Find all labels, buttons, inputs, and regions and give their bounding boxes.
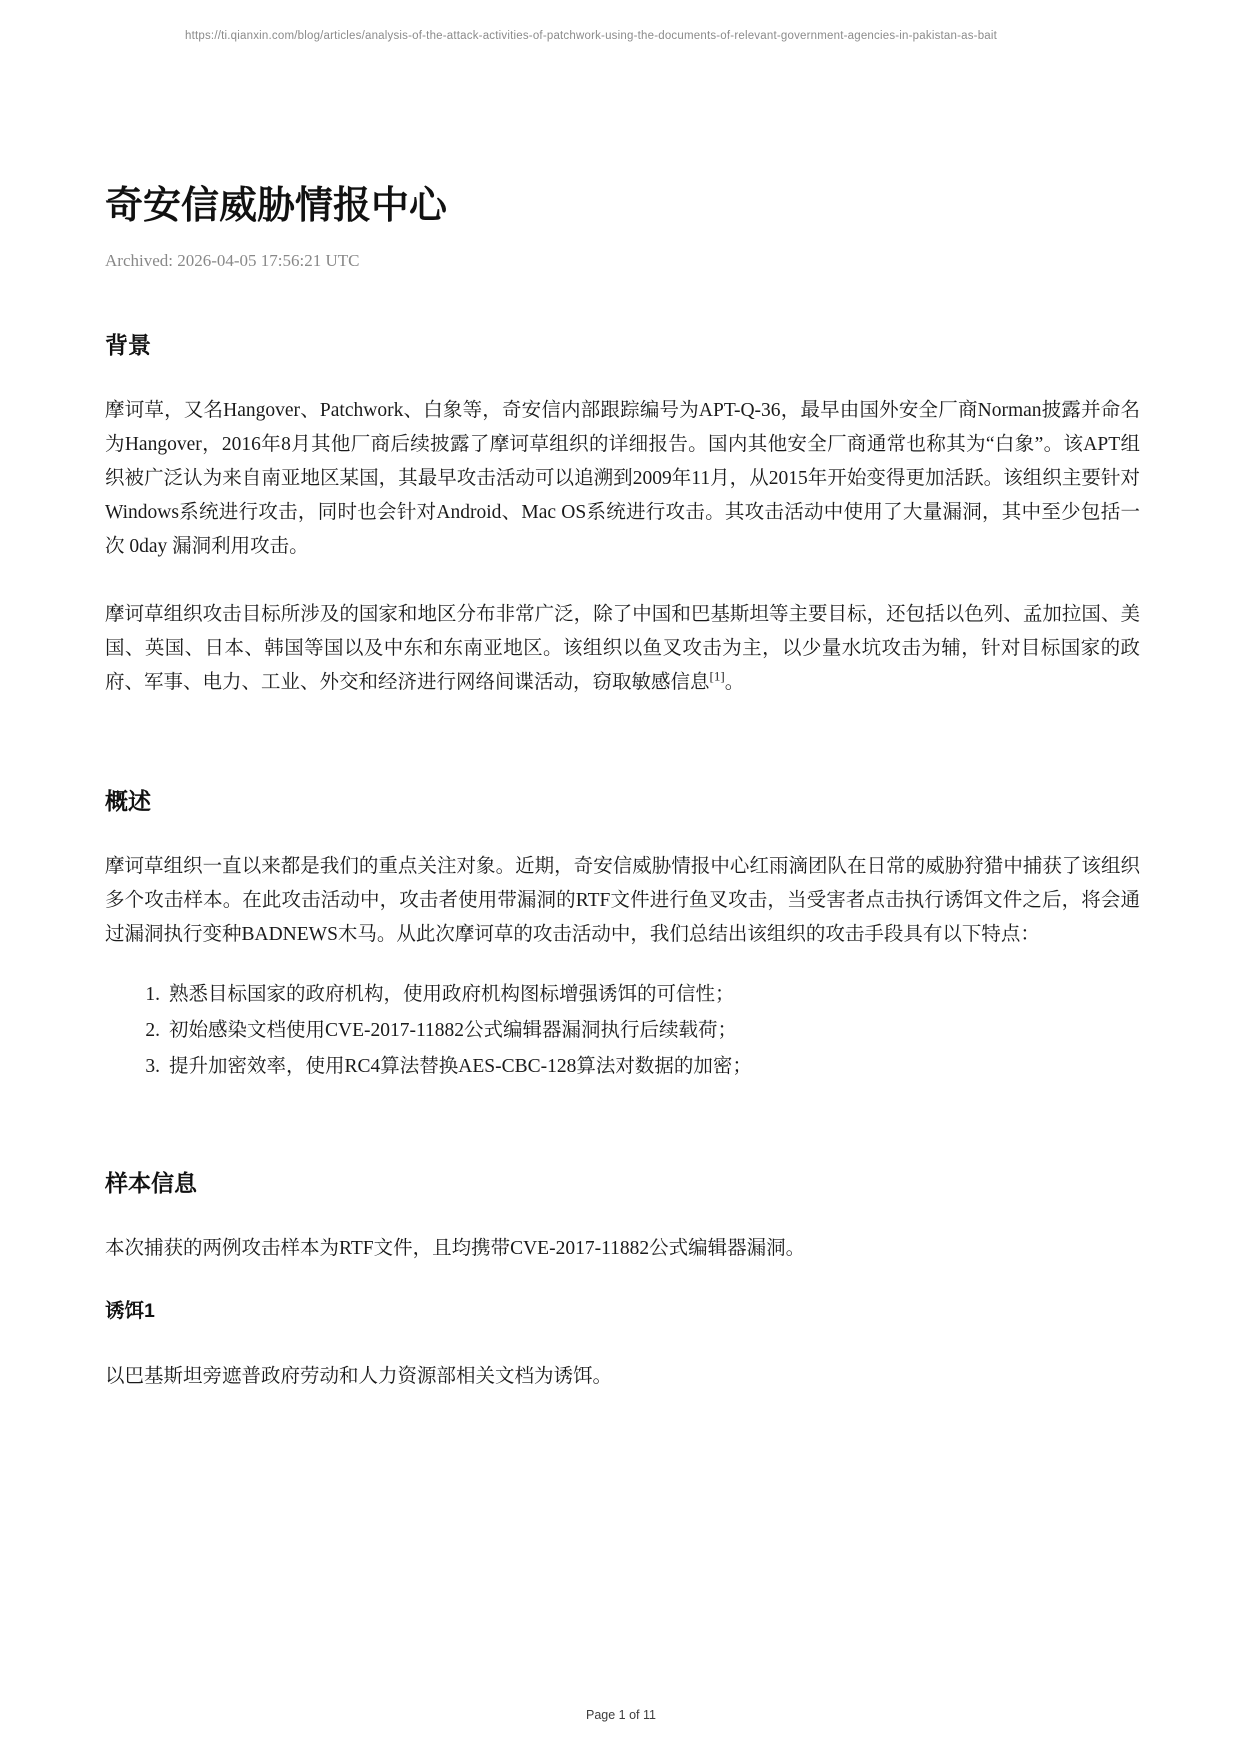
list-item-text: 熟悉目标国家的政府机构，使用政府机构图标增强诱饵的可信性； [169, 978, 735, 1012]
page-title: 奇安信威胁情报中心 [105, 184, 1140, 230]
list-item-number: 2. [138, 1014, 160, 1048]
background-paragraph-2: 摩诃草组织攻击目标所涉及的国家和地区分布非常广泛，除了中国和巴基斯坦等主要目标，… [105, 598, 1140, 700]
list-item-number: 1. [138, 978, 160, 1012]
list-item-number: 3. [138, 1050, 160, 1084]
sample-info-paragraph: 本次捕获的两例攻击样本为RTF文件，且均携带CVE-2017-11882公式编辑… [105, 1232, 1140, 1266]
section-heading-overview: 概述 [105, 786, 1140, 816]
article: 奇安信威胁情报中心 Archived: 2026-04-05 17:56:21 … [105, 0, 1140, 1394]
section-heading-sample-info: 样本信息 [105, 1168, 1140, 1198]
footnote-ref: [1] [710, 668, 725, 683]
overview-paragraph: 摩诃草组织一直以来都是我们的重点关注对象。近期，奇安信威胁情报中心红雨滴团队在日… [105, 850, 1140, 952]
paragraph-text: 。 [725, 672, 745, 693]
page-indicator: Page 1 of 11 [0, 1708, 1242, 1722]
section-heading-background: 背景 [105, 330, 1140, 360]
page: { "header": { "url": "https://ti.qianxin… [0, 0, 1242, 1756]
list-item-text: 初始感染文档使用CVE-2017-11882公式编辑器漏洞执行后续载荷； [169, 1014, 737, 1048]
subsection-heading-bait1: 诱饵1 [105, 1298, 1140, 1324]
archive-url: https://ti.qianxin.com/blog/articles/ana… [185, 30, 997, 42]
background-paragraph-1: 摩诃草，又名Hangover、Patchwork、白象等，奇安信内部跟踪编号为A… [105, 394, 1140, 564]
feature-list: 1. 熟悉目标国家的政府机构，使用政府机构图标增强诱饵的可信性； 2. 初始感染… [105, 978, 1140, 1084]
list-item: 3. 提升加密效率，使用RC4算法替换AES-CBC-128算法对数据的加密； [138, 1050, 1140, 1084]
archived-timestamp: Archived: 2026-04-05 17:56:21 UTC [105, 250, 1140, 272]
paragraph-text: 摩诃草组织攻击目标所涉及的国家和地区分布非常广泛，除了中国和巴基斯坦等主要目标，… [105, 604, 1140, 693]
bait1-paragraph: 以巴基斯坦旁遮普政府劳动和人力资源部相关文档为诱饵。 [105, 1360, 1140, 1394]
list-item: 2. 初始感染文档使用CVE-2017-11882公式编辑器漏洞执行后续载荷； [138, 1014, 1140, 1048]
list-item-text: 提升加密效率，使用RC4算法替换AES-CBC-128算法对数据的加密； [169, 1050, 752, 1084]
list-item: 1. 熟悉目标国家的政府机构，使用政府机构图标增强诱饵的可信性； [138, 978, 1140, 1012]
